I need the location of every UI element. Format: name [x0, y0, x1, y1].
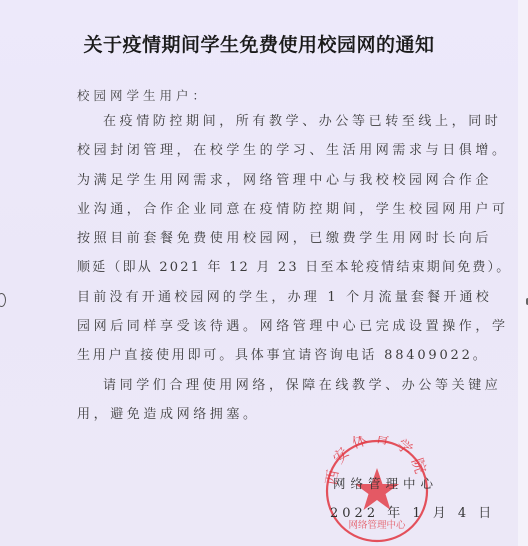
scan-margin: [518, 0, 528, 546]
paragraph-1-line-8: 园网后同样享受该待遇。网络管理中心已完成设置操作，学: [77, 312, 445, 341]
paragraph-1-line-2: 校园封闭管理，在校学生的学习、生活用网需求与日俱增。: [77, 136, 445, 165]
paragraph-1-line-4: 业沟通，合作企业同意在疫情防控期间，学生校园网用户可: [77, 195, 445, 224]
paragraph-1-line-9: 生用户直接使用即可。具体事宜请咨询电话 88409022。: [77, 341, 445, 370]
document-date: 2022 年 1 月 4 日: [330, 502, 495, 521]
paragraph-1-line-3: 为满足学生用网需求，网络管理中心与我校校园网合作企: [77, 166, 445, 195]
paragraph-1-line-5: 按照目前套餐免费使用校园网，已缴费学生用网时长向后: [77, 224, 445, 253]
paragraph-1-line-1: 在疫情防控期间，所有教学、办公等已转至线上，同时: [77, 107, 445, 136]
document-title: 关于疫情期间学生免费使用校园网的通知: [0, 30, 518, 57]
paragraph-1-line-7: 目前没有开通校园网的学生，办理 1 个月流量套餐开通校: [77, 283, 445, 312]
paragraph-1-line-6: 顺延（即从 2021 年 12 月 23 日至本轮疫情结束期间免费）。: [77, 253, 445, 282]
scan-edge-mark: [0, 293, 6, 307]
signature-department: 网络管理中心: [333, 474, 438, 492]
document-body: 在疫情防控期间，所有教学、办公等已转至线上，同时 校园封闭管理，在校学生的学习、…: [77, 107, 445, 429]
paragraph-2-line-1: 请同学们合理使用网络，保障在线教学、办公等关键应: [77, 371, 445, 400]
paragraph-2-line-2: 用，避免造成网络拥塞。: [77, 400, 445, 429]
document-page: 关于疫情期间学生免费使用校园网的通知 校园网学生用户： 在疫情防控期间，所有教学…: [0, 0, 518, 546]
salutation: 校园网学生用户：: [77, 86, 209, 104]
